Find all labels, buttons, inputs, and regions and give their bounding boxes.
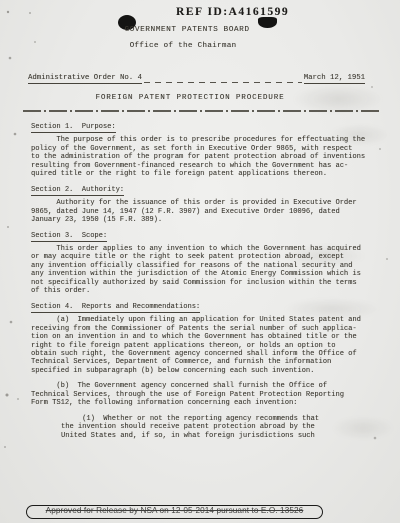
leader-line <box>144 82 302 83</box>
section-1-heading: Section 1. Purpose: <box>31 123 116 133</box>
section-2-heading-row: Section 2. Authority: <box>31 186 374 194</box>
scan-speckles <box>0 0 2 2</box>
section-3-heading-row: Section 3. Scope: <box>31 232 374 240</box>
order-number: Administrative Order No. 4 <box>28 74 142 84</box>
office-name: Office of the Chairman <box>0 42 383 50</box>
order-line: Administrative Order No. 4 March 12, 195… <box>28 74 365 84</box>
section-4-heading: Section 4. Reports and Recommendations: <box>31 303 200 313</box>
scan-smudge <box>283 298 381 320</box>
section-4-paragraph-b: (b) The Government agency concerned shal… <box>31 382 374 407</box>
agency-name: GOVERNMENT PATENTS BOARD <box>0 26 387 34</box>
section-1-paragraph: The purpose of this order is to prescrib… <box>31 136 374 178</box>
section-4-subparagraph-1: (1) Whether or not the reporting agency … <box>61 415 374 440</box>
order-date: March 12, 1951 <box>304 74 365 84</box>
scan-smudge <box>332 416 394 440</box>
declassification-stamp: Approved for Release by NSA on 12-05-201… <box>26 505 323 519</box>
scanned-document-page: REF ID:A4161599 GOVERNMENT PATENTS BOARD… <box>0 0 400 523</box>
document-body: Section 1. Purpose: The purpose of this … <box>31 121 374 447</box>
section-1-heading-row: Section 1. Purpose: <box>31 123 374 131</box>
section-2-heading: Section 2. Authority: <box>31 186 124 196</box>
section-3-heading: Section 3. Scope: <box>31 232 107 242</box>
ref-id-stamp: REF ID:A4161599 <box>176 6 289 18</box>
section-2-paragraph: Authority for the issuance of this order… <box>31 199 374 224</box>
scan-smudge <box>292 84 384 114</box>
section-4-paragraph-a: (a) Immediately upon filing an applicati… <box>31 316 374 375</box>
scan-smudge <box>328 124 390 146</box>
scan-smudge <box>282 244 366 268</box>
